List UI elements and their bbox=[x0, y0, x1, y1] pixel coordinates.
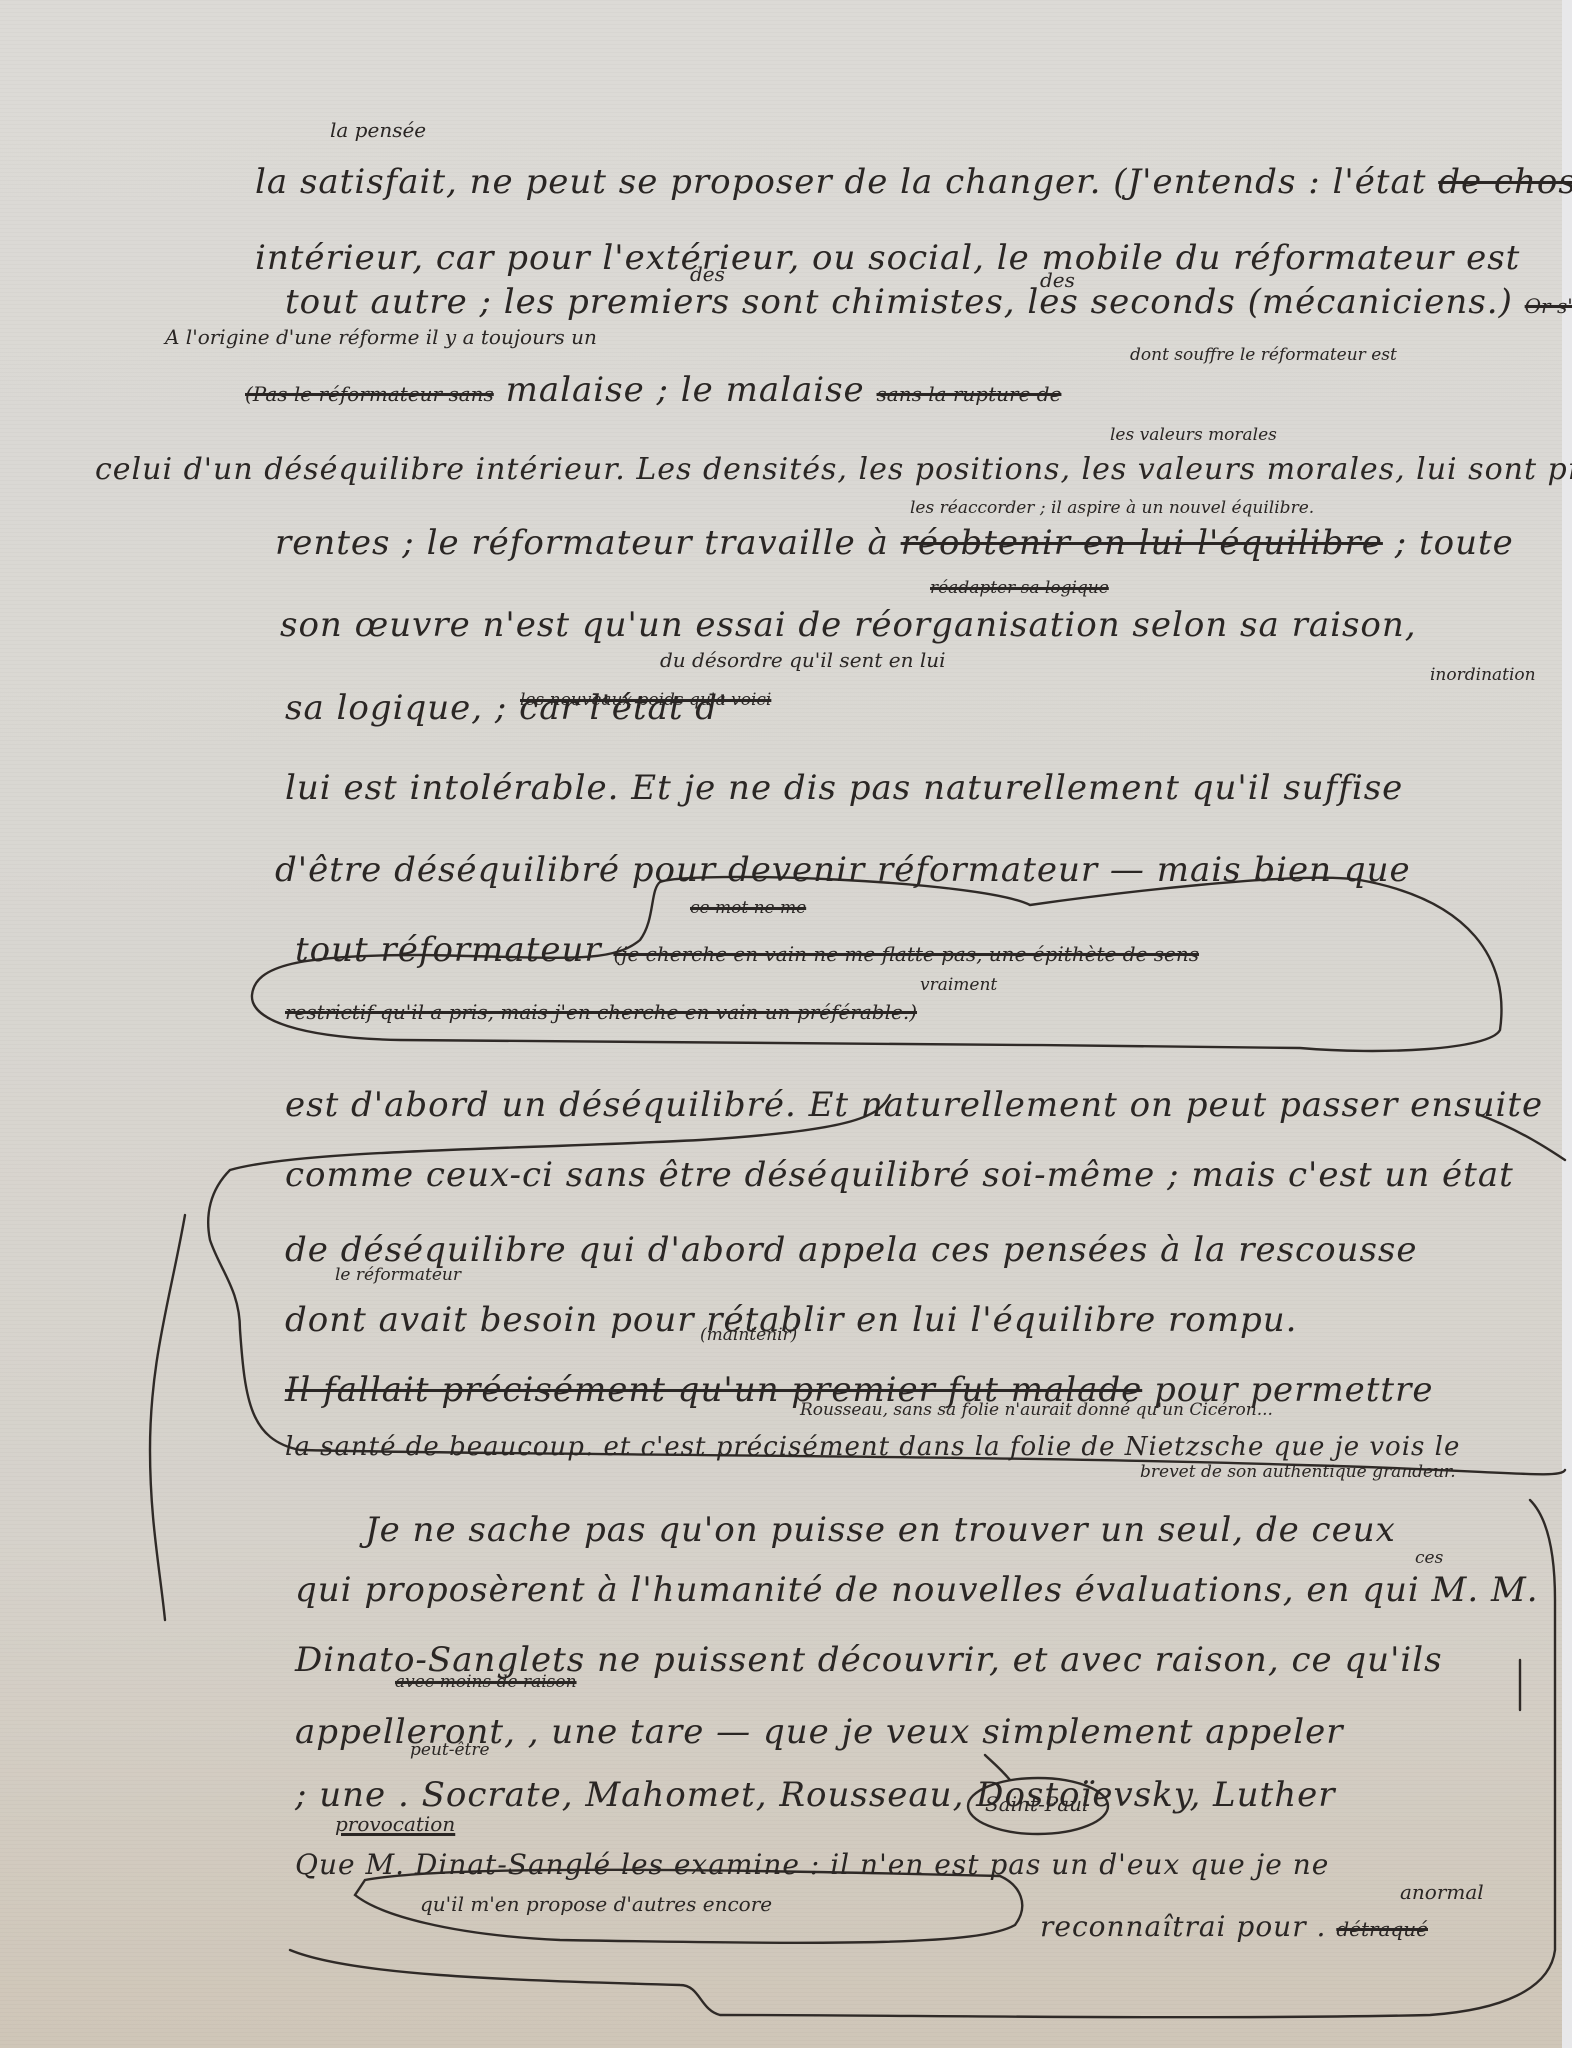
interlinear-insert: les valeurs morales bbox=[1110, 425, 1277, 445]
struck-text: (je cherche en vain ne me flatte pas, un… bbox=[613, 942, 1199, 966]
line-text: malaise ; le malaise bbox=[506, 370, 865, 410]
manuscript-line: ; une . Socrate, Mahomet, Rousseau, Dost… bbox=[295, 1775, 1335, 1815]
struck-text: Or s'imagine bbox=[1525, 294, 1572, 318]
struck-text: (Pas le réformateur sans bbox=[245, 382, 494, 406]
interlinear-insert: anormal bbox=[1400, 1880, 1484, 1904]
struck-text: les nouveaux poids qu'a voici bbox=[520, 690, 771, 710]
manuscript-line: reconnaîtrai pour . détraqué bbox=[1040, 1910, 1428, 1943]
manuscript-line: Que M. Dinat-Sanglé les examine : il n'e… bbox=[295, 1848, 1329, 1881]
manuscript-line: de déséquilibre qui d'abord appela ces p… bbox=[285, 1230, 1417, 1270]
struck-text: réadapter sa logique bbox=[930, 578, 1109, 598]
line-text: la satisfait, ne peut se proposer de la … bbox=[255, 162, 1426, 202]
manuscript-line: celui d'un déséquilibre intérieur. Les d… bbox=[95, 452, 1572, 487]
manuscript-line: comme ceux-ci sans être déséquilibré soi… bbox=[285, 1155, 1514, 1195]
interlinear-insert: le réformateur bbox=[335, 1265, 461, 1285]
interlinear-insert: la pensée bbox=[330, 118, 426, 142]
manuscript-line: (Pas le réformateur sans malaise ; le ma… bbox=[245, 370, 1061, 410]
line-text: ; toute bbox=[1395, 523, 1514, 563]
manuscript-line: tout autre ; les premiers sont chimistes… bbox=[285, 282, 1572, 322]
line-text: tout autre ; les premiers sont chimistes… bbox=[285, 282, 1513, 322]
manuscript-line: son œuvre n'est qu'un essai de réorganis… bbox=[280, 605, 1417, 645]
interlinear-insert: du désordre qu'il sent en lui bbox=[660, 648, 946, 672]
line-text: rentes ; le réformateur travaille à bbox=[275, 523, 889, 563]
manuscript-line: intérieur, car pour l'extérieur, ou soci… bbox=[255, 238, 1520, 278]
interlinear-insert: inordination bbox=[1430, 665, 1536, 685]
manuscript-line: rentes ; le réformateur travaille à réob… bbox=[275, 523, 1514, 563]
manuscript-line: lui est intolérable. Et je ne dis pas na… bbox=[285, 768, 1403, 808]
manuscript-line: qui proposèrent à l'humanité de nouvelle… bbox=[295, 1570, 1539, 1610]
circled-insert: qu'il m'en propose d'autres encore bbox=[420, 1892, 772, 1916]
struck-text: ce mot ne me bbox=[690, 898, 806, 918]
interlinear-insert: provocation bbox=[335, 1812, 455, 1836]
margin-addition: A l'origine d'une réforme il y a toujour… bbox=[165, 325, 597, 349]
interlinear-insert: les réaccorder ; il aspire à un nouvel é… bbox=[910, 498, 1314, 518]
struck-text: de choses bbox=[1438, 162, 1572, 202]
manuscript-line: la santé de beaucoup. et c'est préciséme… bbox=[285, 1432, 1460, 1462]
struck-text: avec moins de raison bbox=[395, 1672, 577, 1692]
circled-insert: Saint-Paul bbox=[985, 1792, 1088, 1816]
interlinear-insert: vraiment bbox=[920, 975, 997, 995]
interlinear-insert: peut-être bbox=[410, 1740, 490, 1760]
line-text: son œuvre n'est qu'un essai de réorganis… bbox=[280, 605, 1417, 645]
struck-text: sans la rupture de bbox=[877, 382, 1062, 406]
struck-text: restrictif qu'il a pris, mais j'en cherc… bbox=[285, 1000, 917, 1024]
interlinear-insert: des bbox=[690, 262, 725, 286]
manuscript-line: Je ne sache pas qu'on puisse en trouver … bbox=[365, 1510, 1396, 1550]
interlinear-insert: brevet de son authentique grandeur. bbox=[1140, 1462, 1456, 1482]
manuscript-line: la satisfait, ne peut se proposer de la … bbox=[255, 162, 1572, 202]
interlinear-insert: dont souffre le réformateur est bbox=[1130, 345, 1397, 365]
interlinear-insert: (maintenir) bbox=[700, 1325, 797, 1345]
manuscript-line: tout réformateur (je cherche en vain ne … bbox=[295, 930, 1199, 970]
interlinear-insert: ces bbox=[1415, 1548, 1443, 1568]
line-text: reconnaîtrai pour . bbox=[1040, 1910, 1326, 1943]
struck-text: détraqué bbox=[1336, 1917, 1428, 1941]
interlinear-insert: des bbox=[1040, 268, 1075, 292]
interlinear-insert: Rousseau, sans sa folie n'aurait donné q… bbox=[800, 1400, 1273, 1420]
manuscript-line: est d'abord un déséquilibré. Et naturell… bbox=[285, 1085, 1543, 1125]
manuscript-line: d'être déséquilibré pour devenir réforma… bbox=[275, 850, 1411, 890]
struck-text: réobtenir en lui l'équilibre bbox=[901, 523, 1383, 563]
line-text: tout réformateur bbox=[295, 930, 602, 970]
